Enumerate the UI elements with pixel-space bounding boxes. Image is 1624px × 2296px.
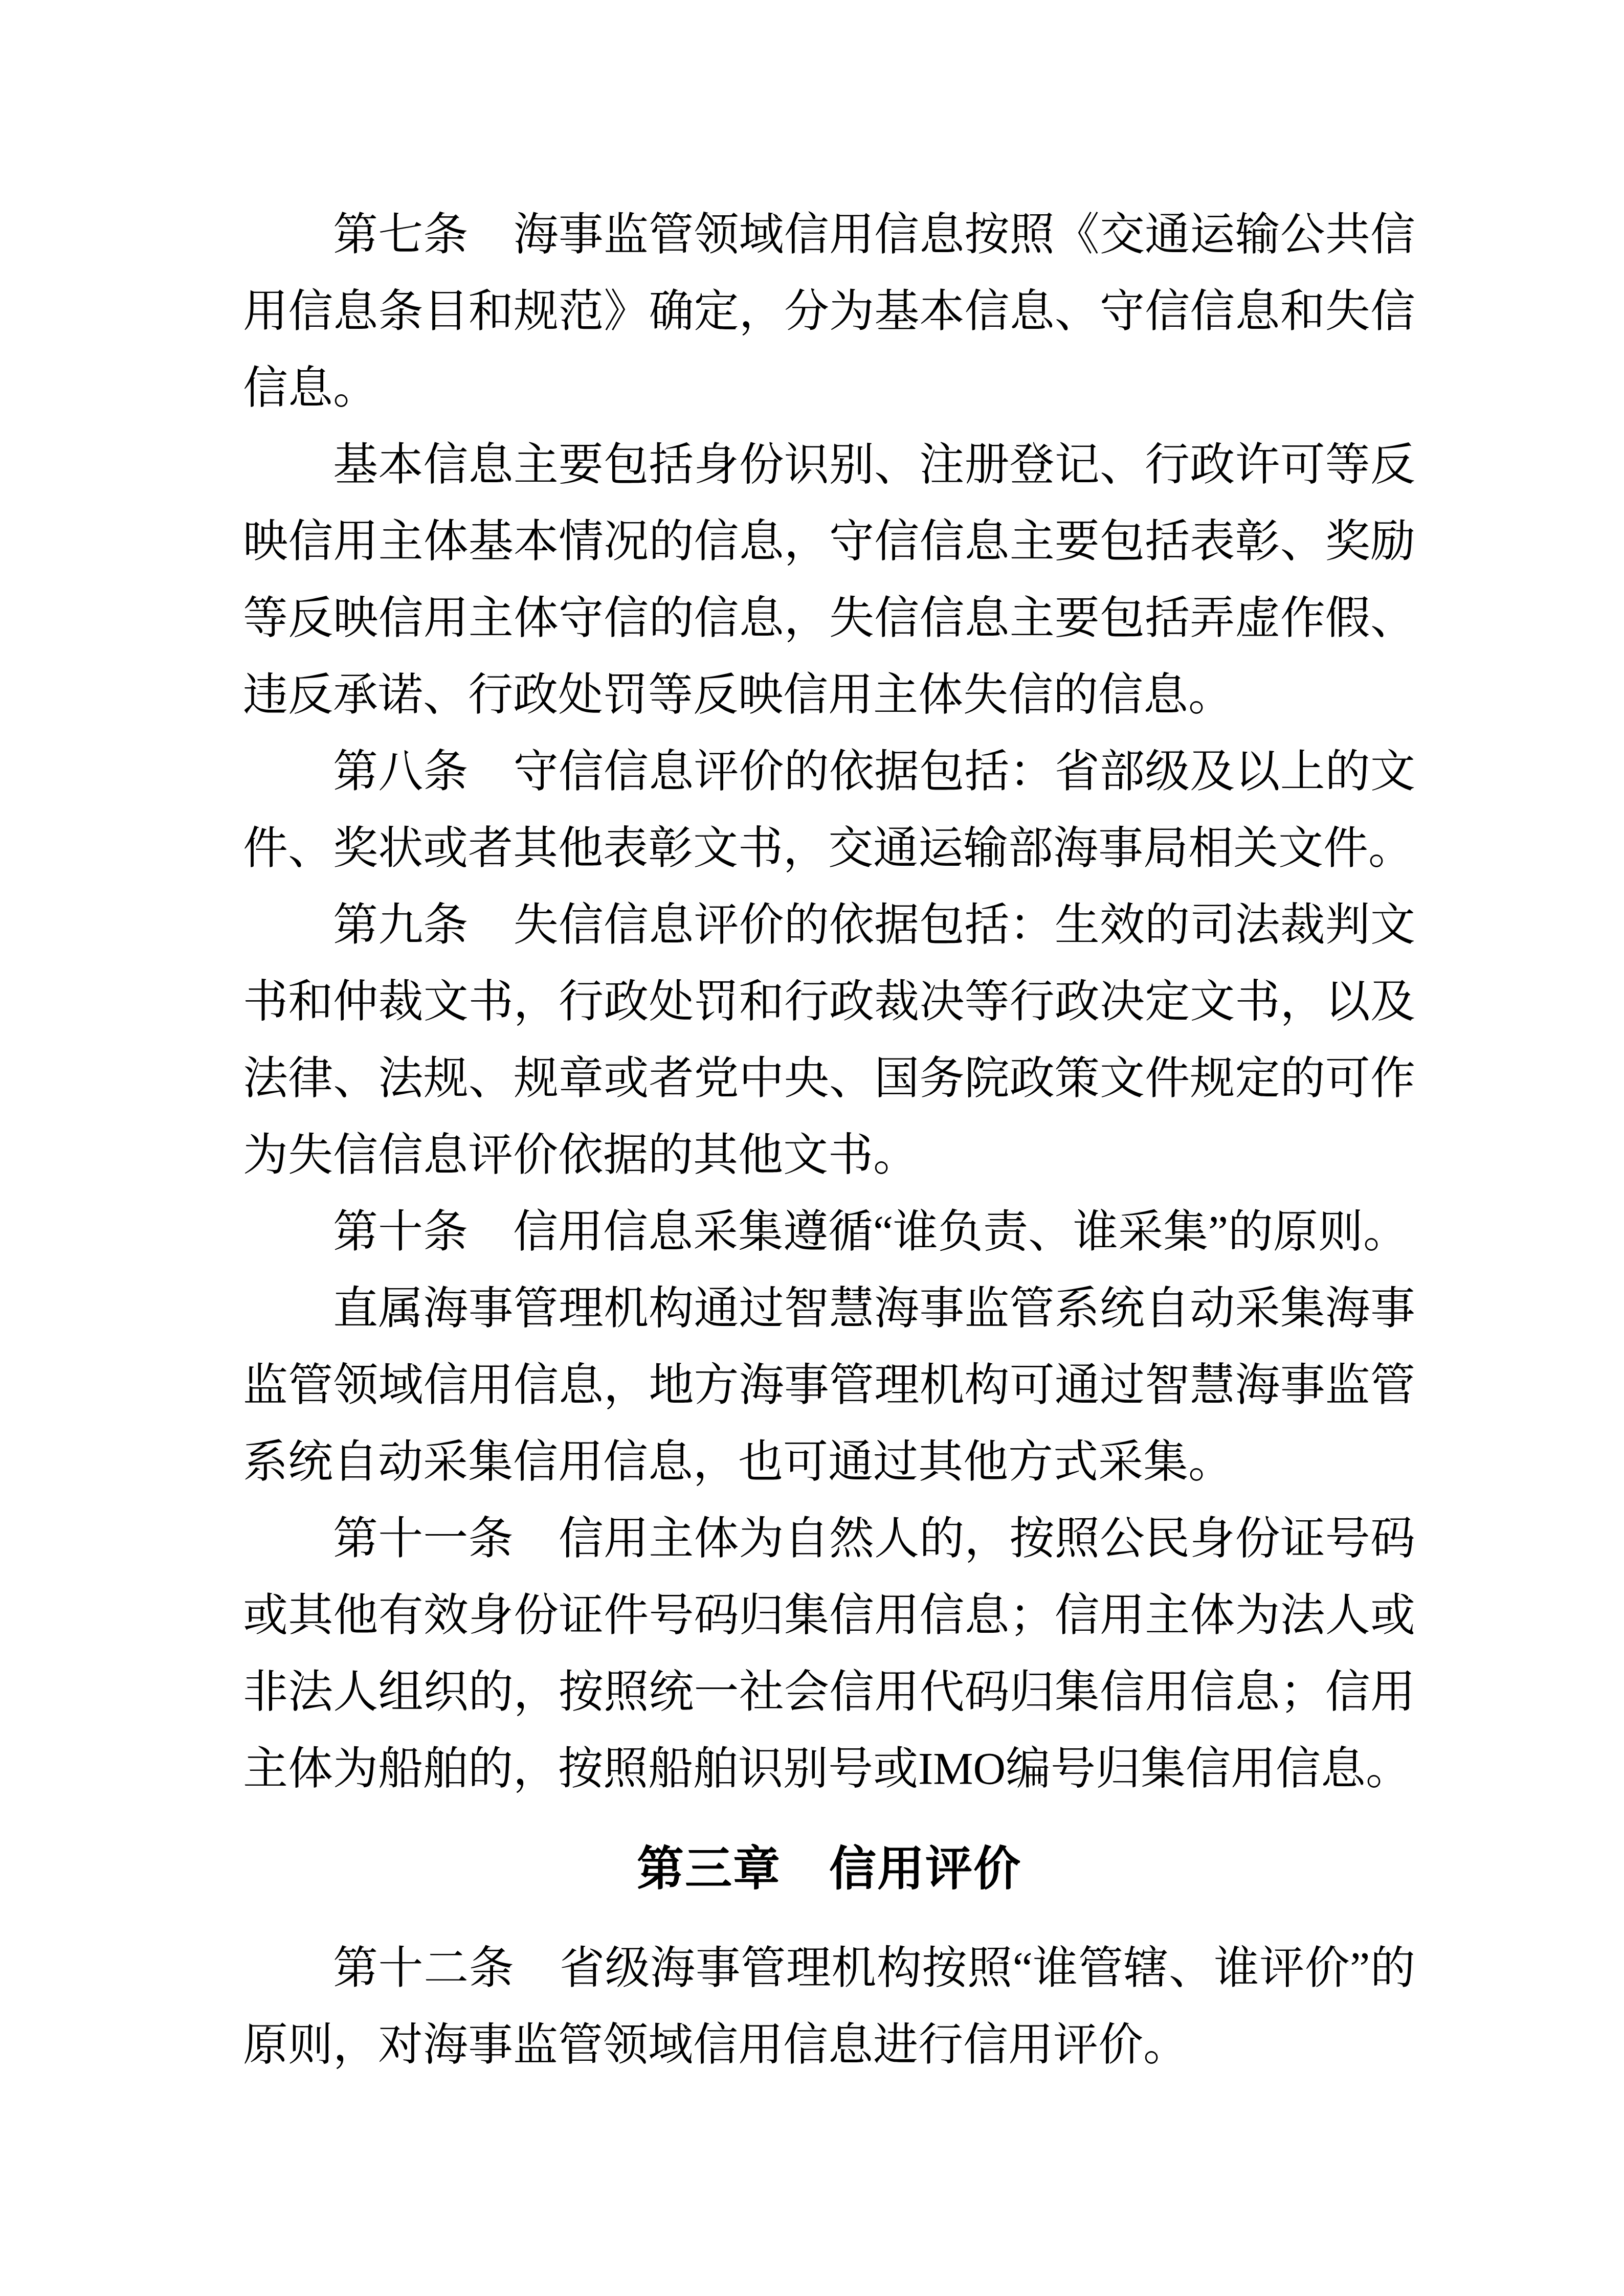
article-paragraph: 第九条 失信信息评价的依据包括：生效的司法裁判文书和仲裁文书，行政处罚和行政裁决…: [243, 887, 1415, 1194]
article-paragraph: 第十条 信用信息采集遵循“谁负责、谁采集”的原则。: [243, 1194, 1415, 1271]
document-body: 第七条 海事监管领域信用信息按照《交通运输公共信用信息条目和规范》确定，分为基本…: [243, 197, 1415, 2084]
article-paragraph: 基本信息主要包括身份识别、注册登记、行政许可等反映信用主体基本情况的信息，守信信…: [243, 427, 1415, 734]
article-paragraph: 第七条 海事监管领域信用信息按照《交通运输公共信用信息条目和规范》确定，分为基本…: [243, 197, 1415, 427]
article-paragraph: 第十二条 省级海事管理机构按照“谁管辖、谁评价”的原则，对海事监管领域信用信息进…: [243, 1930, 1415, 2084]
article-paragraph: 第八条 守信信息评价的依据包括：省部级及以上的文件、奖状或者其他表彰文书，交通运…: [243, 734, 1415, 887]
article-paragraph: 直属海事管理机构通过智慧海事监管系统自动采集海事监管领域信用信息，地方海事管理机…: [243, 1271, 1415, 1501]
chapter-heading: 第三章 信用评价: [243, 1831, 1415, 1907]
document-page: 第七条 海事监管领域信用信息按照《交通运输公共信用信息条目和规范》确定，分为基本…: [0, 0, 1624, 2296]
article-paragraph: 第十一条 信用主体为自然人的，按照公民身份证号码或其他有效身份证件号码归集信用信…: [243, 1501, 1415, 1808]
